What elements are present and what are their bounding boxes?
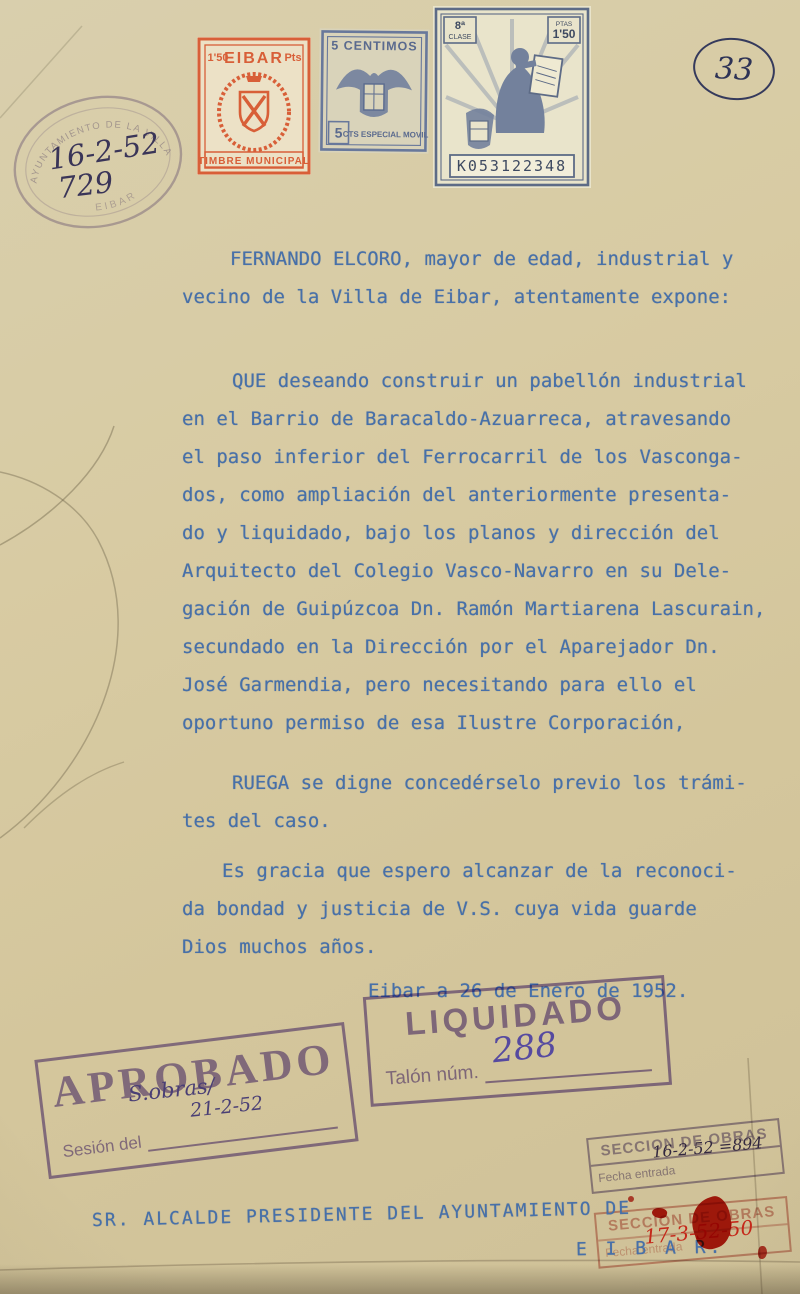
- liquidado-handwritten-number: 288: [490, 1025, 559, 1072]
- typed-line: gación de Guipúzcoa Dn. Ramón Martiarena…: [182, 590, 765, 628]
- typed-line: Es gracia que espero alcanzar de la reco…: [182, 852, 737, 890]
- typed-line: secundado en la Dirección por el Apareja…: [182, 628, 765, 666]
- page-number: 33: [714, 51, 754, 88]
- typed-line: Dios muchos años.: [182, 928, 737, 966]
- ink-blot-speck: [758, 1246, 767, 1259]
- aprobado-label: Sesión del: [62, 1133, 143, 1163]
- paragraph-gracia: Es gracia que espero alcanzar de la reco…: [182, 852, 737, 966]
- typed-line: RUEGA se digne concedérselo previo los t…: [182, 764, 747, 802]
- fiscal-value: 1'50: [553, 27, 576, 41]
- typed-line: Arquitecto del Colegio Vasco-Navarro en …: [182, 552, 765, 590]
- page-number-circle: 33: [690, 33, 779, 105]
- typed-line: vecino de la Villa de Eibar, atentamente…: [182, 278, 733, 316]
- paragraph-request: QUE deseando construir un pabellón indus…: [182, 362, 765, 742]
- fiscal-stamp: 8ª CLASE PTAS 1'50 K053122348: [432, 5, 592, 189]
- typed-line: da bondad y justicia de V.S. cuya vida g…: [182, 890, 737, 928]
- paragraph-ruega: RUEGA se digne concedérselo previo los t…: [182, 764, 747, 840]
- typed-line: do y liquidado, bajo los planos y direcc…: [182, 514, 765, 552]
- typed-line: FERNANDO ELCORO, mayor de edad, industri…: [182, 240, 733, 278]
- bottom-edge-shadow: [0, 1264, 800, 1294]
- typed-line: tes del caso.: [182, 802, 747, 840]
- municipal-caption: TIMBRE MUNICIPAL: [198, 156, 310, 167]
- fiscal-serial: K053122348: [457, 157, 567, 175]
- paragraph-intro: FERNANDO ELCORO, mayor de edad, industri…: [182, 240, 733, 316]
- addressee-line: SR. ALCALDE PRESIDENTE DEL AYUNTAMIENTO …: [92, 1190, 632, 1240]
- typed-line: dos, como ampliación del anteriormente p…: [182, 476, 765, 514]
- typed-line: oportuno permiso de esa Ilustre Corporac…: [182, 704, 765, 742]
- ink-blot-dot: [628, 1196, 634, 1202]
- fiscal-class-value: 8ª: [455, 20, 466, 32]
- movil-caption: CTS ESPECIAL MOVIL: [343, 130, 429, 140]
- municipal-unit: Pts: [284, 52, 301, 64]
- registry-number-handwritten: 729: [56, 165, 115, 205]
- document-sheet: AYUNTAMIENTO DE LA VILLA EIBAR 16-2-52 7…: [0, 0, 800, 1294]
- movil-value: 5: [335, 125, 343, 141]
- typed-line: en el Barrio de Baracaldo-Azuarreca, atr…: [182, 400, 765, 438]
- liquidado-label: Talón núm.: [385, 1062, 479, 1091]
- typed-line: QUE deseando construir un pabellón indus…: [182, 362, 765, 400]
- movil-header: 5 CENTIMOS: [331, 39, 418, 54]
- fiscal-class-label: CLASE: [449, 34, 472, 41]
- typed-line: José Garmendia, pero necesitando para el…: [182, 666, 765, 704]
- municipal-revenue-stamp: 1'50 EIBAR Pts TIMBRE MUNICIPAL: [196, 36, 312, 176]
- municipal-city: EIBAR: [224, 50, 284, 67]
- typed-line: el paso inferior del Ferrocarril de los …: [182, 438, 765, 476]
- especial-movil-stamp: 5 CENTIMOS 5 CTS ESPECIAL MOVIL: [317, 27, 430, 154]
